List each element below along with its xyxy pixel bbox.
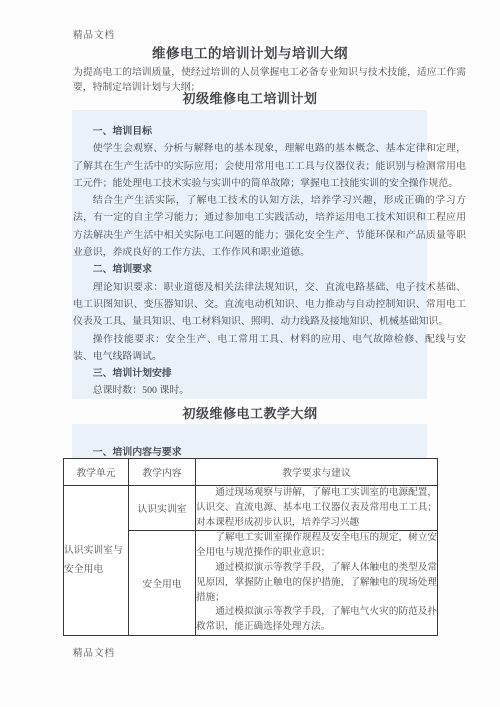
goals-paragraph-1: 使学生会观察、分析与解释电的基本现象，理解电路的基本概念、基本定律和定理，了解其…	[73, 140, 466, 192]
document-page: 精品文档 维修电工的培训计划与培训大纲 为提高电工的培训质量，使经过培训的人员掌…	[0, 0, 500, 707]
goals-paragraph-2: 结合生产生活实际，了解电工技术的认知方法，培养学习兴趣，形成正确的学习方法，有一…	[73, 192, 466, 261]
requirement-paragraph: 了解电工实训室操作规程及安全电压的规定，树立安全用电与规范操作的职业意识；	[196, 531, 437, 561]
outline-title: 初级维修电工教学大纲	[0, 403, 500, 422]
content-cell-safety: 安全用电	[129, 531, 196, 636]
plan-title: 初级维修电工培训计划	[0, 88, 500, 107]
column-header-content: 教学内容	[129, 459, 196, 486]
column-header-unit: 教学单元	[64, 459, 129, 486]
theory-requirements-paragraph: 理论知识要求：职业道德及相关法律法规知识，交、直流电路基础、电子技术基础、电工识…	[73, 279, 466, 331]
skill-requirements-paragraph: 操作技能要求：安全生产、电工常用工具、材料的应用、电气故障检修、配线与安装、电气…	[73, 331, 466, 366]
table-row: 认识实训室与安全用电 认识实训室 通过现场观察与讲解，了解电工实训室的电源配置，…	[64, 486, 438, 531]
section-heading-requirements: 二、培训要求	[73, 261, 466, 278]
watermark-top: 精品文档	[73, 27, 115, 41]
requirements-cell-safety: 了解电工实训室操作规程及安全电压的规定，树立安全用电与规范操作的职业意识； 通过…	[196, 531, 438, 636]
section-heading-schedule: 三、培训计划安排	[73, 365, 466, 382]
section-heading-goals: 一、培训目标	[73, 118, 466, 140]
content-cell-lab: 认识实训室	[129, 486, 196, 531]
requirement-paragraph: 通过现场观察与讲解，了解电工实训室的电源配置，认识交、直流电源、基本电工仪器仪表…	[196, 486, 437, 530]
column-header-requirements: 教学要求与建议	[196, 459, 438, 486]
outline-section-heading: 一、培训内容与要求	[73, 444, 466, 458]
total-hours-line: 总课时数：500 课时。	[73, 382, 466, 399]
watermark-bottom: 精品文档	[73, 645, 115, 659]
table-header-row: 教学单元 教学内容 教学要求与建议	[64, 459, 438, 486]
training-content-table: 教学单元 教学内容 教学要求与建议 认识实训室与安全用电 认识实训室 通过现场观…	[63, 458, 438, 636]
unit-cell: 认识实训室与安全用电	[64, 486, 129, 636]
requirement-paragraph: 通过模拟演示等教学手段，了解人体触电的类型及常见原因，掌握防止触电的保护措施，了…	[196, 561, 437, 605]
plan-body: 一、培训目标 使学生会观察、分析与解释电的基本现象，理解电路的基本概念、基本定律…	[73, 118, 466, 400]
requirement-paragraph: 通过模拟演示等教学手段，了解电气火灾的防范及扑救常识，能正确选择处理方法。	[196, 605, 437, 635]
document-title: 维修电工的培训计划与培训大纲	[0, 42, 500, 62]
requirements-cell-lab: 通过现场观察与讲解，了解电工实训室的电源配置，认识交、直流电源、基本电工仪器仪表…	[196, 486, 438, 531]
